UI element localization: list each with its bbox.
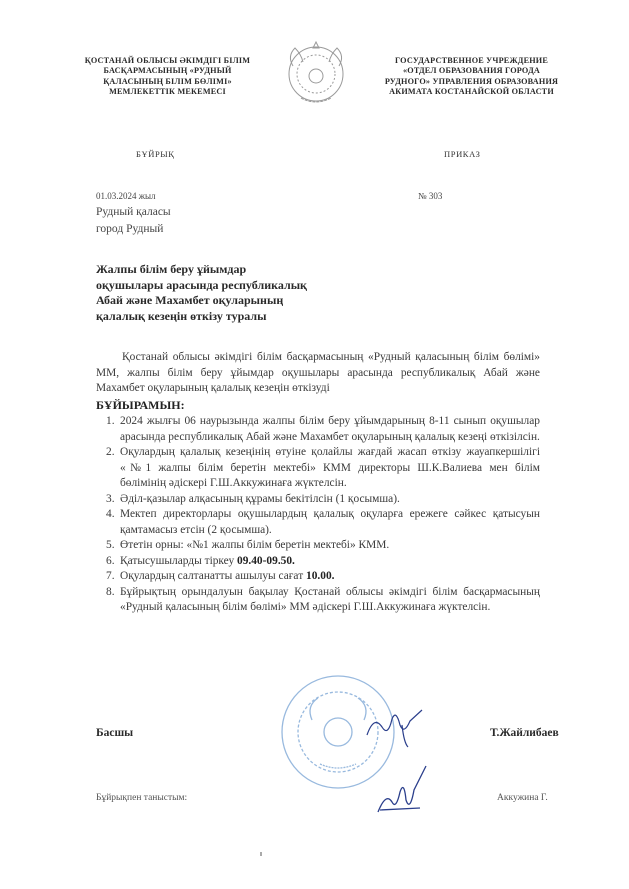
org-line: МЕМЛЕКЕТТІК МЕКЕМЕСІ bbox=[60, 87, 275, 97]
doc-type-kazakh: БҰЙРЫҚ bbox=[136, 149, 175, 159]
order-word: БҰЙЫРАМЫН: bbox=[96, 398, 185, 413]
signatory-role: Басшы bbox=[96, 727, 133, 739]
item-text: Оқулардың қалалық кезеңінің өтуіне қолай… bbox=[120, 446, 540, 489]
director-signature-icon bbox=[362, 705, 432, 750]
order-items-list: 1.2024 жылғы 06 наурызында жалпы білім б… bbox=[96, 414, 540, 616]
subject-line: қалалық кезеңін өткізу туралы bbox=[96, 309, 396, 325]
order-item: 7.Оқулардың салтанатты ашылуы сағат 10.0… bbox=[96, 569, 540, 585]
acknowledged-label: Бұйрықпен таныстым: bbox=[96, 793, 187, 803]
order-item: 2.Оқулардың қалалық кезеңінің өтуіне қол… bbox=[96, 445, 540, 492]
acknowledged-name: Аккужина Г. bbox=[497, 793, 548, 803]
subject-line: Абай және Махамбет оқуларының bbox=[96, 293, 396, 309]
order-item: 8.Бұйрықтың орындалуын бақылау Қостанай … bbox=[96, 585, 540, 616]
signatory-name: Т.Жайлибаев bbox=[490, 727, 559, 739]
item-text: Оқулардың салтанатты ашылуы сағат bbox=[120, 570, 306, 582]
item-number: 5. bbox=[106, 538, 115, 554]
acknowledgement-signature-icon bbox=[370, 762, 430, 822]
org-line: АКИМАТА КОСТАНАЙСКОЙ ОБЛАСТИ bbox=[364, 87, 579, 97]
org-line: ҚОСТАНАЙ ОБЛЫСЫ ӘКІМДІГІ БІЛІМ bbox=[60, 56, 275, 66]
item-number: 8. bbox=[106, 585, 115, 601]
order-date: 01.03.2024 жыл bbox=[96, 188, 156, 205]
order-item: 5.Өтетін орны: «№1 жалпы білім беретін м… bbox=[96, 538, 540, 554]
page-mark bbox=[260, 852, 262, 856]
item-number: 6. bbox=[106, 554, 115, 570]
city-kazakh: Рудный қаласы bbox=[96, 204, 171, 221]
item-number: 3. bbox=[106, 492, 115, 508]
item-text: Әділ-қазылар алқасының құрамы бекітілсін… bbox=[120, 493, 400, 505]
city-russian: город Рудный bbox=[96, 221, 171, 238]
item-number: 1. bbox=[106, 414, 115, 430]
item-text: Қатысушыларды тіркеу bbox=[120, 555, 237, 567]
item-text: Мектеп директорлары оқушылардың қалалық … bbox=[120, 508, 540, 536]
doc-type-russian: ПРИКАЗ bbox=[444, 149, 480, 159]
item-number: 4. bbox=[106, 507, 115, 523]
org-line: «ОТДЕЛ ОБРАЗОВАНИЯ ГОРОДА bbox=[364, 66, 579, 76]
item-text: Өтетін орны: «№1 жалпы білім беретін мек… bbox=[120, 539, 389, 551]
org-line: РУДНОГО» УПРАВЛЕНИЯ ОБРАЗОВАНИЯ bbox=[364, 77, 579, 87]
org-line: ГОСУДАРСТВЕННОЕ УЧРЕЖДЕНИЕ bbox=[364, 56, 579, 66]
item-text: Бұйрықтың орындалуын бақылау Қостанай об… bbox=[120, 586, 540, 614]
item-bold-value: 10.00. bbox=[306, 570, 334, 582]
order-item: 4.Мектеп директорлары оқушылардың қалалы… bbox=[96, 507, 540, 538]
document-page: ҚОСТАНАЙ ОБЛЫСЫ ӘКІМДІГІ БІЛІМ БАСҚАРМАС… bbox=[0, 0, 629, 889]
order-item: 1.2024 жылғы 06 наурызында жалпы білім б… bbox=[96, 414, 540, 445]
org-line: БАСҚАРМАСЫНЫҢ «РУДНЫЙ bbox=[60, 66, 275, 76]
subject-line: Жалпы білім беру ұйымдар bbox=[96, 262, 396, 278]
preamble-paragraph: Қостанай облысы әкімдігі білім басқармас… bbox=[96, 350, 540, 397]
order-subject: Жалпы білім беру ұйымдар оқушылары арасы… bbox=[96, 262, 396, 324]
item-text: 2024 жылғы 06 наурызында жалпы білім бер… bbox=[120, 415, 540, 443]
subject-line: оқушылары арасында республикалық bbox=[96, 278, 396, 294]
item-number: 2. bbox=[106, 445, 115, 461]
order-item: 3.Әділ-қазылар алқасының құрамы бекітілс… bbox=[96, 492, 540, 508]
order-item: 6.Қатысушыларды тіркеу 09.40-09.50. bbox=[96, 554, 540, 570]
city-block: Рудный қаласы город Рудный bbox=[96, 204, 171, 238]
item-bold-value: 09.40-09.50. bbox=[237, 555, 295, 567]
org-header-russian: ГОСУДАРСТВЕННОЕ УЧРЕЖДЕНИЕ «ОТДЕЛ ОБРАЗО… bbox=[364, 56, 579, 98]
item-number: 7. bbox=[106, 569, 115, 585]
org-line: ҚАЛАСЫНЫҢ БІЛІМ БӨЛІМІ» bbox=[60, 77, 275, 87]
org-header-kazakh: ҚОСТАНАЙ ОБЛЫСЫ ӘКІМДІГІ БІЛІМ БАСҚАРМАС… bbox=[60, 56, 275, 98]
order-number: № 303 bbox=[418, 188, 442, 205]
state-emblem-icon bbox=[273, 36, 359, 108]
